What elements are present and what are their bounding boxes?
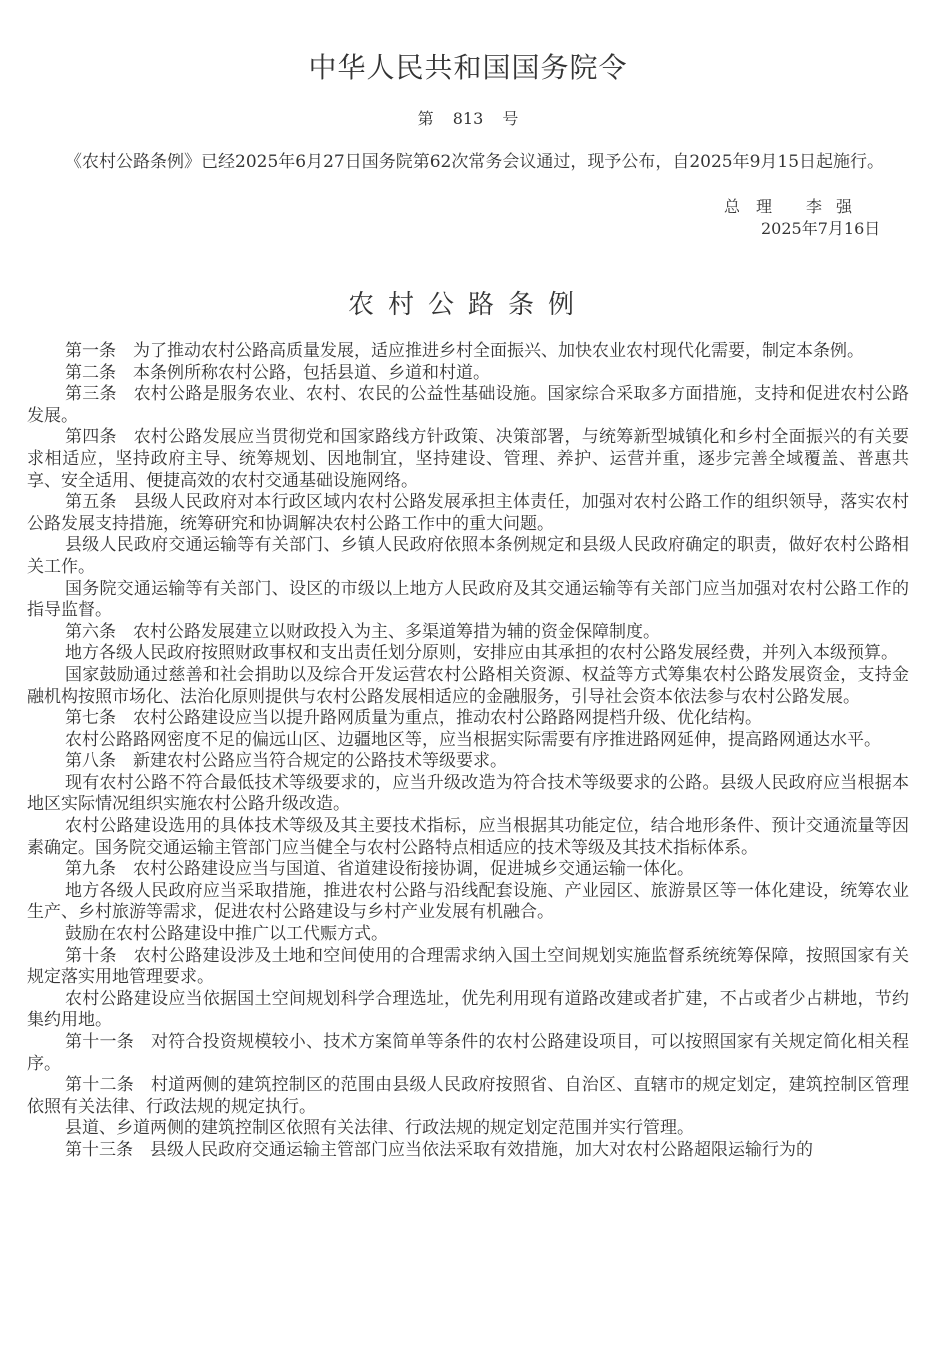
article-text: 农村公路是服务农业、农村、农民的公益性基础设施。国家综合采取多方面措施，支持和促… [27,384,909,426]
article-label: 第十一条 [65,1032,134,1052]
article-paragraph: 第八条新建农村公路应当符合规定的公路技术等级要求。 [27,751,909,773]
article-label: 第八条 [65,751,116,771]
signature-date: 2025年7月16日 [724,218,894,240]
signature-block: 总理李强 2025年7月16日 [724,196,894,240]
article-text: 农村公路建设应当与国道、省道建设衔接协调，促进城乡交通运输一体化。 [133,859,694,879]
article-text: 县级人民政府交通运输等有关部门、乡镇人民政府依照本条例规定和县级人民政府确定的职… [27,535,909,577]
article-text: 农村公路建设应当以提升路网质量为重点，推动农村公路路网提档升级、优化结构。 [133,708,762,728]
article-paragraph: 第十条农村公路建设涉及土地和空间使用的合理需求纳入国土空间规划实施监督系统统筹保… [27,946,909,989]
article-text: 对符合投资规模较小、技术方案简单等条件的农村公路建设项目，可以按照国家有关规定简… [27,1032,909,1074]
article-paragraph: 地方各级人民政府按照财政事权和支出责任划分原则，安排应由其承担的农村公路发展经费… [27,643,909,665]
decree-announcement: 《农村公路条例》已经2025年6月27日国务院第62次常务会议通过，现予公布，自… [27,151,909,173]
article-text: 国务院交通运输等有关部门、设区的市级以上地方人民政府及其交通运输等有关部门应当加… [27,579,909,621]
article-text: 农村公路建设应当依据国土空间规划科学合理选址，优先利用现有道路改建或者扩建，不占… [27,989,909,1031]
decree-title: 中华人民共和国国务院令 [27,46,909,86]
article-paragraph: 第五条县级人民政府对本行政区域内农村公路发展承担主体责任，加强对农村公路工作的组… [27,492,909,535]
article-text: 鼓励在农村公路建设中推广以工代赈方式。 [65,924,388,944]
article-paragraph: 县级人民政府交通运输等有关部门、乡镇人民政府依照本条例规定和县级人民政府确定的职… [27,535,909,578]
article-text: 县级人民政府交通运输主管部门应当依法采取有效措施，加大对农村公路超限运输行为的 [150,1140,813,1160]
article-text: 县级人民政府对本行政区域内农村公路发展承担主体责任，加强对农村公路工作的组织领导… [27,492,909,534]
article-paragraph: 国务院交通运输等有关部门、设区的市级以上地方人民政府及其交通运输等有关部门应当加… [27,579,909,622]
article-text: 农村公路建设选用的具体技术等级及其主要技术指标，应当根据其功能定位，结合地形条件… [27,816,909,858]
article-text: 为了推动农村公路高质量发展，适应推进乡村全面振兴、加快农业农村现代化需要，制定本… [133,341,864,361]
article-paragraph: 第二条本条例所称农村公路，包括县道、乡道和村道。 [27,363,909,385]
regulation-title: 农村公路条例 [27,284,909,321]
article-paragraph: 第七条农村公路建设应当以提升路网质量为重点，推动农村公路路网提档升级、优化结构。 [27,708,909,730]
article-label: 第一条 [65,341,116,361]
article-label: 第十二条 [65,1075,134,1095]
article-paragraph: 农村公路建设选用的具体技术等级及其主要技术指标，应当根据其功能定位，结合地形条件… [27,816,909,859]
article-label: 第四条 [65,427,117,447]
article-paragraph: 鼓励在农村公路建设中推广以工代赈方式。 [27,924,909,946]
article-text: 村道两侧的建筑控制区的范围由县级人民政府按照省、自治区、直辖市的规定划定，建筑控… [27,1075,909,1117]
article-paragraph: 第十三条县级人民政府交通运输主管部门应当依法采取有效措施，加大对农村公路超限运输… [27,1140,909,1162]
article-paragraph: 现有农村公路不符合最低技术等级要求的，应当升级改造为符合技术等级要求的公路。县级… [27,773,909,816]
article-label: 第十三条 [65,1140,133,1160]
signatory-name: 李强 [806,196,866,218]
article-paragraph: 国家鼓励通过慈善和社会捐助以及综合开发运营农村公路相关资源、权益等方式筹集农村公… [27,665,909,708]
article-text: 地方各级人民政府应当采取措施，推进农村公路与沿线配套设施、产业园区、旅游景区等一… [27,881,909,923]
article-text: 现有农村公路不符合最低技术等级要求的，应当升级改造为符合技术等级要求的公路。县级… [27,773,909,815]
article-text: 农村公路发展建立以财政投入为主、多渠道筹措为辅的资金保障制度。 [133,622,660,642]
signatory-title: 总理 [724,196,788,218]
article-paragraph: 地方各级人民政府应当采取措施，推进农村公路与沿线配套设施、产业园区、旅游景区等一… [27,881,909,924]
article-text: 国家鼓励通过慈善和社会捐助以及综合开发运营农村公路相关资源、权益等方式筹集农村公… [27,665,909,707]
article-label: 第六条 [65,622,116,642]
article-paragraph: 县道、乡道两侧的建筑控制区依照有关法律、行政法规的规定划定范围并实行管理。 [27,1118,909,1140]
article-text: 本条例所称农村公路，包括县道、乡道和村道。 [133,363,490,383]
article-label: 第七条 [65,708,116,728]
article-label: 第十条 [65,946,117,966]
article-text: 县道、乡道两侧的建筑控制区依照有关法律、行政法规的规定划定范围并实行管理。 [65,1118,694,1138]
article-paragraph: 第四条农村公路发展应当贯彻党和国家路线方针政策、决策部署，与统筹新型城镇化和乡村… [27,427,909,492]
article-paragraph: 第一条为了推动农村公路高质量发展，适应推进乡村全面振兴、加快农业农村现代化需要，… [27,341,909,363]
article-text: 农村公路建设涉及土地和空间使用的合理需求纳入国土空间规划实施监督系统统筹保障，按… [27,946,909,988]
article-paragraph: 第十一条对符合投资规模较小、技术方案简单等条件的农村公路建设项目，可以按照国家有… [27,1032,909,1075]
article-paragraph: 第六条农村公路发展建立以财政投入为主、多渠道筹措为辅的资金保障制度。 [27,622,909,644]
article-text: 农村公路发展应当贯彻党和国家路线方针政策、决策部署，与统筹新型城镇化和乡村全面振… [27,427,909,490]
article-text: 新建农村公路应当符合规定的公路技术等级要求。 [133,751,507,771]
article-label: 第九条 [65,859,116,879]
article-paragraph: 农村公路路网密度不足的偏远山区、边疆地区等，应当根据实际需要有序推进路网延伸，提… [27,730,909,752]
article-label: 第二条 [65,363,116,383]
article-text: 农村公路路网密度不足的偏远山区、边疆地区等，应当根据实际需要有序推进路网延伸，提… [65,730,881,750]
article-paragraph: 农村公路建设应当依据国土空间规划科学合理选址，优先利用现有道路改建或者扩建，不占… [27,989,909,1032]
article-paragraph: 第十二条村道两侧的建筑控制区的范围由县级人民政府按照省、自治区、直辖市的规定划定… [27,1075,909,1118]
article-paragraph: 第三条农村公路是服务农业、农村、农民的公益性基础设施。国家综合采取多方面措施，支… [27,384,909,427]
regulation-body: 第一条为了推动农村公路高质量发展，适应推进乡村全面振兴、加快农业农村现代化需要，… [27,341,909,1162]
article-label: 第五条 [65,492,117,512]
decree-number: 第 813 号 [27,106,909,129]
article-paragraph: 第九条农村公路建设应当与国道、省道建设衔接协调，促进城乡交通运输一体化。 [27,859,909,881]
article-text: 地方各级人民政府按照财政事权和支出责任划分原则，安排应由其承担的农村公路发展经费… [65,643,898,663]
article-label: 第三条 [65,384,117,404]
